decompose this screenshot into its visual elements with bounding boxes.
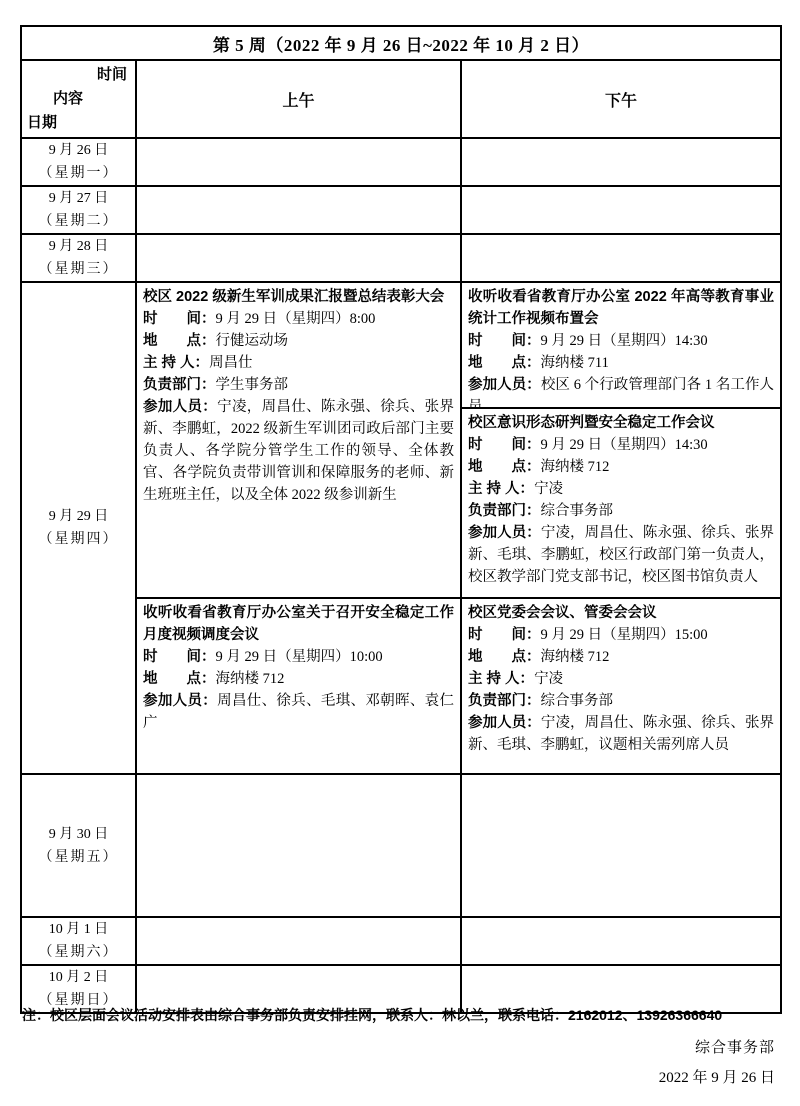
detail-label: 时 间： [468, 627, 541, 643]
corner-label-content: 内容 [27, 87, 130, 111]
date-cell-sep28: 9 月 28 日 （星期三） [21, 234, 136, 282]
empty-cell-sep27-am [136, 186, 461, 234]
document-sheet: 第 5 周（2022 年 9 月 26 日~2022 年 10 月 2 日） 时… [20, 25, 780, 1014]
sep29-afternoon-cell: 收听收看省教育厅办公室 2022 年高等教育事业统计工作视频布置会 时 间：9 … [461, 282, 781, 774]
date-text: 9 月 28 日 [22, 235, 135, 258]
date-text: 9 月 26 日 [22, 139, 135, 162]
weekday-text: （星期二） [22, 210, 135, 233]
detail-value: 综合事务部 [541, 503, 614, 519]
weekday-text: （星期一） [22, 162, 135, 185]
date-text: 9 月 27 日 [22, 187, 135, 210]
detail-label: 时 间： [468, 437, 541, 453]
empty-cell-sep26-pm [461, 138, 781, 186]
date-cell-sep30: 9 月 30 日 （星期五） [21, 774, 136, 917]
detail-label: 负责部门： [143, 377, 216, 393]
detail-label: 主 持 人： [468, 671, 534, 687]
event-detail-line: 负责部门：学生事务部 [143, 374, 454, 396]
column-header-morning: 上午 [136, 60, 461, 138]
detail-label: 时 间： [143, 311, 216, 327]
detail-value: 海纳楼 712 [216, 671, 285, 687]
weekday-text: （星期四） [22, 528, 135, 551]
detail-label: 参加人员： [468, 377, 541, 393]
empty-cell-sep28-pm [461, 234, 781, 282]
corner-label-date: 日期 [27, 111, 130, 135]
event-detail-line: 时 间：9 月 29 日（星期四）14:30 [468, 330, 774, 352]
detail-label: 参加人员： [143, 399, 217, 415]
weekday-text: （星期五） [22, 846, 135, 869]
signature-department: 综合事务部 [695, 1036, 775, 1057]
empty-cell-sep27-pm [461, 186, 781, 234]
empty-cell-sep28-am [136, 234, 461, 282]
event-title: 校区意识形态研判暨安全稳定工作会议 [468, 412, 774, 434]
empty-cell-oct1-pm [461, 917, 781, 965]
sep29-morning-cell: 校区 2022 级新生军训成果汇报暨总结表彰大会 时 间：9 月 29 日（星期… [136, 282, 461, 774]
detail-value: 行健运动场 [216, 333, 289, 349]
event-block-education-statistics-video-meeting: 收听收看省教育厅办公室 2022 年高等教育事业统计工作视频布置会 时 间：9 … [462, 283, 780, 409]
weekday-text: （星期三） [22, 258, 135, 281]
date-cell-sep26: 9 月 26 日 （星期一） [21, 138, 136, 186]
detail-label: 主 持 人： [468, 481, 534, 497]
event-detail-line: 负责部门：综合事务部 [468, 690, 774, 712]
event-detail-line: 地 点：海纳楼 712 [468, 646, 774, 668]
event-detail-line: 参加人员：宁凌，周昌仕、陈永强、徐兵、张界新、毛琪、李鹏虹，校区行政部门第一负责… [468, 522, 774, 588]
empty-cell-sep30-am [136, 774, 461, 917]
detail-value: 海纳楼 712 [541, 459, 610, 475]
event-title: 收听收看省教育厅办公室 2022 年高等教育事业统计工作视频布置会 [468, 286, 774, 330]
event-detail-line: 参加人员：校区 6 个行政管理部门各 1 名工作人员 [468, 374, 774, 409]
detail-value: 学生事务部 [216, 377, 289, 393]
detail-label: 负责部门： [468, 503, 541, 519]
weekday-text: （星期六） [22, 941, 135, 964]
header-corner-cell: 时间 内容 日期 [21, 60, 136, 138]
event-detail-line: 参加人员：宁凌，周昌仕、陈永强、徐兵、张界新、毛琪、李鹏虹，议题相关需列席人员 [468, 712, 774, 756]
empty-cell-sep26-am [136, 138, 461, 186]
event-detail-line: 时 间：9 月 29 日（星期四）15:00 [468, 624, 774, 646]
date-text: 10 月 2 日 [22, 966, 135, 989]
detail-value: 宁凌 [534, 481, 563, 497]
event-detail-line: 参加人员：周昌仕、徐兵、毛琪、邓朝晖、袁仁广 [143, 690, 454, 734]
event-detail-line: 主 持 人：宁凌 [468, 668, 774, 690]
detail-label: 地 点： [468, 649, 541, 665]
detail-label: 参加人员： [143, 693, 217, 709]
detail-label: 参加人员： [468, 715, 541, 731]
date-cell-sep29: 9 月 29 日 （星期四） [21, 282, 136, 774]
event-detail-line: 参加人员：宁凌，周昌仕、陈永强、徐兵、张界新、李鹏虹，2022 级新生军训团司政… [143, 396, 454, 506]
column-header-afternoon: 下午 [461, 60, 781, 138]
detail-value: 9 月 29 日（星期四）15:00 [541, 627, 708, 643]
schedule-table: 第 5 周（2022 年 9 月 26 日~2022 年 10 月 2 日） 时… [20, 25, 782, 1014]
detail-value: 海纳楼 711 [541, 355, 609, 371]
date-text: 10 月 1 日 [22, 918, 135, 941]
detail-label: 地 点： [143, 671, 216, 687]
date-text: 9 月 30 日 [22, 823, 135, 846]
detail-label: 参加人员： [468, 525, 541, 541]
event-detail-line: 地 点：海纳楼 712 [143, 668, 454, 690]
event-block-party-committee-meeting: 校区党委会会议、管委会会议 时 间：9 月 29 日（星期四）15:00 地 点… [462, 599, 780, 773]
footer-note: 注：校区层面会议活动安排表由综合事务部负责安排挂网，联系人：林以兰，联系电话：2… [22, 1005, 780, 1025]
detail-label: 时 间： [143, 649, 216, 665]
event-detail-line: 时 间：9 月 29 日（星期四）14:30 [468, 434, 774, 456]
date-text: 9 月 29 日 [22, 505, 135, 528]
empty-cell-sep30-pm [461, 774, 781, 917]
detail-value: 9 月 29 日（星期四）8:00 [216, 311, 376, 327]
detail-value: 周昌仕 [209, 355, 253, 371]
event-detail-line: 时 间：9 月 29 日（星期四）8:00 [143, 308, 454, 330]
detail-label: 时 间： [468, 333, 541, 349]
detail-value: 9 月 29 日（星期四）14:30 [541, 333, 708, 349]
event-detail-line: 主 持 人：宁凌 [468, 478, 774, 500]
event-block-military-training-ceremony: 校区 2022 级新生军训成果汇报暨总结表彰大会 时 间：9 月 29 日（星期… [137, 283, 460, 599]
event-title: 收听收看省教育厅办公室关于召开安全稳定工作月度视频调度会议 [143, 602, 454, 646]
event-title: 校区 2022 级新生军训成果汇报暨总结表彰大会 [143, 286, 454, 308]
detail-label: 主 持 人： [143, 355, 209, 371]
event-detail-line: 地 点：海纳楼 711 [468, 352, 774, 374]
event-detail-line: 主 持 人：周昌仕 [143, 352, 454, 374]
event-detail-line: 时 间：9 月 29 日（星期四）10:00 [143, 646, 454, 668]
detail-value: 宁凌 [534, 671, 563, 687]
detail-label: 地 点： [468, 355, 541, 371]
table-title: 第 5 周（2022 年 9 月 26 日~2022 年 10 月 2 日） [21, 26, 781, 60]
detail-value: 综合事务部 [541, 693, 614, 709]
event-detail-line: 地 点：行健运动场 [143, 330, 454, 352]
event-detail-line: 地 点：海纳楼 712 [468, 456, 774, 478]
event-title: 校区党委会会议、管委会会议 [468, 602, 774, 624]
event-block-ideology-security-meeting: 校区意识形态研判暨安全稳定工作会议 时 间：9 月 29 日（星期四）14:30… [462, 409, 780, 599]
detail-label: 地 点： [143, 333, 216, 349]
detail-value: 海纳楼 712 [541, 649, 610, 665]
event-detail-line: 负责部门：综合事务部 [468, 500, 774, 522]
detail-label: 负责部门： [468, 693, 541, 709]
corner-label-time: 时间 [27, 63, 130, 87]
date-cell-sep27: 9 月 27 日 （星期二） [21, 186, 136, 234]
date-cell-oct1: 10 月 1 日 （星期六） [21, 917, 136, 965]
detail-label: 地 点： [468, 459, 541, 475]
signature-date: 2022 年 9 月 26 日 [659, 1066, 775, 1087]
detail-value: 9 月 29 日（星期四）14:30 [541, 437, 708, 453]
event-block-safety-video-dispatch-meeting: 收听收看省教育厅办公室关于召开安全稳定工作月度视频调度会议 时 间：9 月 29… [137, 599, 460, 773]
empty-cell-oct1-am [136, 917, 461, 965]
detail-value: 9 月 29 日（星期四）10:00 [216, 649, 383, 665]
